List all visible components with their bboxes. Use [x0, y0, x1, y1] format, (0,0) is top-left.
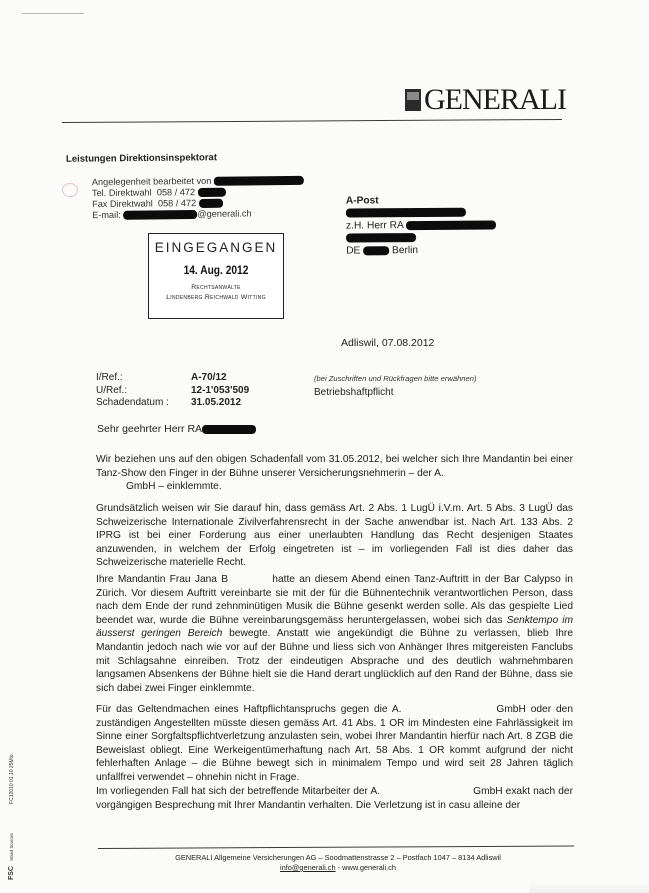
footer-email-link[interactable]: info@generali.ch — [280, 863, 336, 872]
reference-block: I/Ref.: A-70/12 U/Ref.: 12-1'053'509 Sch… — [96, 372, 249, 410]
redaction — [406, 220, 496, 230]
stamp-firm-line2: Lindenberg Reichwald Witting — [149, 294, 283, 301]
stamp-date: 14. Aug. 2012 — [159, 263, 273, 277]
footer-divider — [98, 846, 574, 849]
scan-shadow — [529, 883, 649, 893]
side-print-code: FSC Mixed Sources FC12010 01.10 25Mio. — [8, 753, 15, 880]
reference-note: (bei Zuschriften und Rückfragen bitte er… — [314, 374, 477, 383]
pink-mark — [62, 183, 78, 197]
email-line: E-mail: @generali.ch — [92, 208, 304, 221]
received-stamp: EINGEGANGEN 14. Aug. 2012 Rechtsanwälte … — [148, 233, 284, 319]
footer-web-link[interactable]: www.generali.ch — [342, 863, 396, 872]
redaction — [198, 188, 226, 197]
redaction — [346, 233, 416, 242]
reference-row: U/Ref.: 12-1'053'509 — [96, 385, 249, 398]
salutation: Sehr geehrter Herr RA — [97, 423, 256, 435]
stamp-firm-line1: Rechtsanwälte — [149, 284, 283, 291]
paragraph-5: Im vorliegenden Fall hat sich der betref… — [96, 785, 573, 812]
header-divider — [62, 119, 562, 123]
place-and-date: Adliswil, 07.08.2012 — [341, 337, 434, 349]
department-name: Leistungen Direktionsinspektorat — [66, 152, 217, 165]
recipient-address: A-Post z.H. Herr RA DE Berlin — [346, 194, 496, 258]
redaction — [214, 176, 304, 186]
company-address: GENERALI Allgemeine Versicherungen AG – … — [100, 853, 576, 863]
attention-line: z.H. Herr RA — [346, 220, 403, 231]
redaction — [199, 199, 223, 208]
winged-lion-icon — [405, 89, 421, 111]
logo-wordmark: GENERALI — [424, 85, 566, 115]
subject-line: Betriebshaftpflicht — [314, 387, 394, 398]
footer: GENERALI Allgemeine Versicherungen AG – … — [100, 853, 576, 873]
paragraph-4: Für das Geltendmachen eines Haftpflichta… — [96, 703, 573, 785]
sender-contact-block: Angelegenheit bearbeitet von Tel. Direkt… — [92, 175, 305, 221]
redaction — [202, 425, 256, 434]
redaction — [363, 246, 389, 255]
stamp-title: EINGEGANGEN — [149, 240, 283, 255]
reference-row: Schadendatum : 31.05.2012 — [96, 397, 249, 410]
reference-row: I/Ref.: A-70/12 — [96, 372, 249, 385]
paragraph-2: Grundsätzlich weisen wir Sie darauf hin,… — [96, 502, 573, 570]
postal-service: A-Post — [346, 194, 496, 208]
paragraph-3: Ihre Mandantin Frau Jana B hatte an dies… — [96, 573, 573, 695]
fsc-logo-icon: FSC — [8, 866, 15, 880]
redaction — [346, 208, 466, 218]
scan-artifact — [22, 13, 84, 14]
generali-logo: GENERALI — [405, 85, 566, 115]
paragraph-1: Wir beziehen uns auf den obigen Schadenf… — [96, 453, 573, 494]
redaction — [123, 210, 197, 220]
